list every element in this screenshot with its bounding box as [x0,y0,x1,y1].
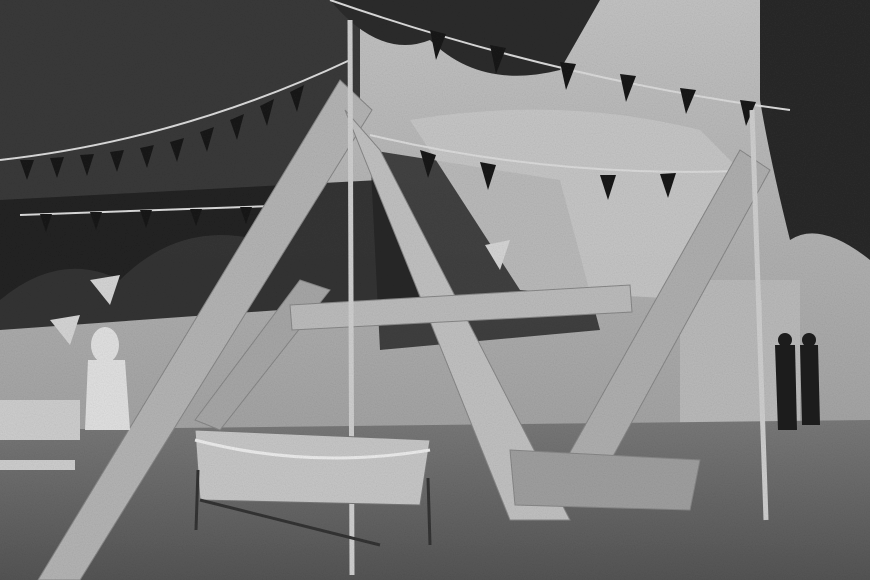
swing-photo-illustration [0,0,870,580]
photograph [0,0,870,580]
base-block [510,450,700,510]
